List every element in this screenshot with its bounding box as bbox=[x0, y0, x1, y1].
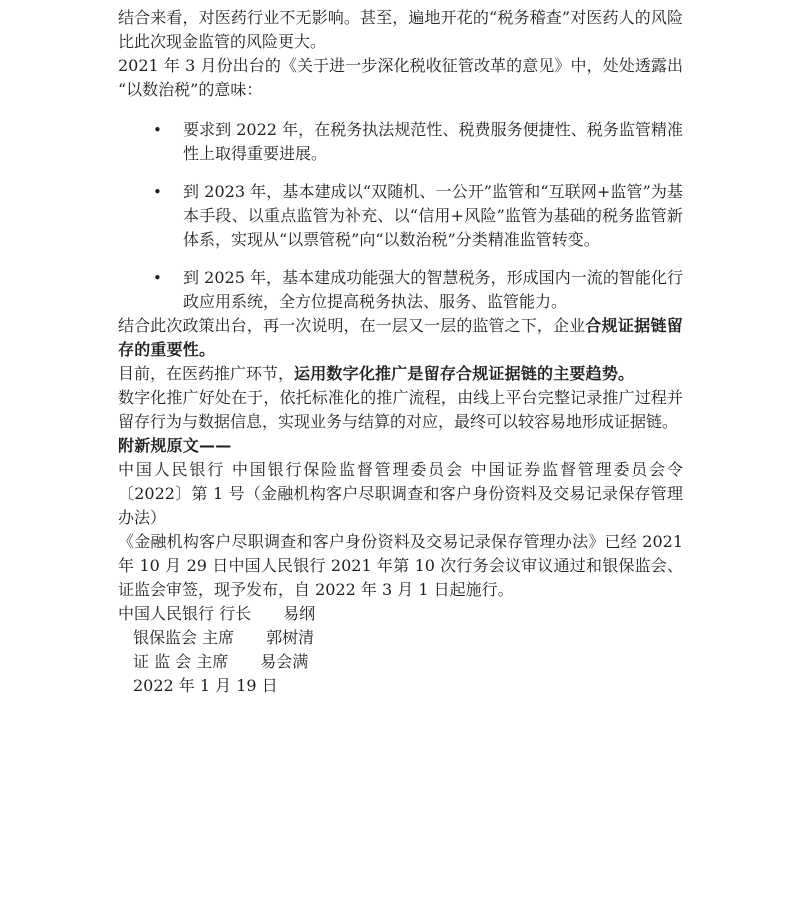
trend-bold-text: 运用数字化推广是留存合规证据链的主要趋势。 bbox=[294, 364, 634, 383]
bullet-icon: • bbox=[153, 266, 183, 290]
trend-normal-text: 目前，在医药推广环节， bbox=[118, 364, 294, 383]
bullet-item: • 到 2023 年，基本建成以“双随机、一公开”监管和“互联网+监管”为基本手… bbox=[118, 180, 683, 252]
bullet-list: • 要求到 2022 年，在税务执法规范性、税费服务便捷性、税务监管精准性上取得… bbox=[118, 118, 683, 314]
paragraph-policy: 2021 年 3 月份出台的《关于进一步深化税收征管改革的意见》中，处处透露出“… bbox=[118, 54, 683, 102]
bullet-text: 到 2023 年，基本建成以“双随机、一公开”监管和“互联网+监管”为基本手段、… bbox=[183, 180, 683, 252]
bullet-text: 到 2025 年，基本建成功能强大的智慧税务，形成国内一流的智能化行政应用系统，… bbox=[183, 266, 683, 314]
signature-cbirc: 银保监会 主席 郭树清 bbox=[118, 626, 683, 650]
attachment-heading: 附新规原文—— bbox=[118, 434, 683, 458]
bullet-icon: • bbox=[153, 180, 183, 204]
paragraph-decree: 中国人民银行 中国银行保险监督管理委员会 中国证券监督管理委员会令〔2022〕第… bbox=[118, 458, 683, 530]
conclusion-normal-text: 结合此次政策出台，再一次说明，在一层又一层的监管之下，企业 bbox=[118, 316, 585, 335]
date-line: 2022 年 1 月 19 日 bbox=[118, 674, 683, 698]
document-page: 结合来看，对医药行业不无影响。甚至，遍地开花的“税务稽查”对医药人的风险比此次现… bbox=[0, 0, 800, 900]
bullet-item: • 要求到 2022 年，在税务执法规范性、税费服务便捷性、税务监管精准性上取得… bbox=[118, 118, 683, 166]
bullet-icon: • bbox=[153, 118, 183, 142]
paragraph-trend: 目前，在医药推广环节，运用数字化推广是留存合规证据链的主要趋势。 bbox=[118, 362, 683, 386]
paragraph-announcement: 《金融机构客户尽职调查和客户身份资料及交易记录保存管理办法》已经 2021 年 … bbox=[118, 530, 683, 602]
paragraph-risk: 结合来看，对医药行业不无影响。甚至，遍地开花的“税务稽查”对医药人的风险比此次现… bbox=[118, 6, 683, 54]
signature-pboc: 中国人民银行 行长 易纲 bbox=[118, 602, 683, 626]
paragraph-conclusion: 结合此次政策出台，再一次说明，在一层又一层的监管之下，企业合规证据链留存的重要性… bbox=[118, 314, 683, 362]
signature-csrc: 证 监 会 主席 易会满 bbox=[118, 650, 683, 674]
paragraph-benefit: 数字化推广好处在于，依托标准化的推广流程，由线上平台完整记录推广过程并留存行为与… bbox=[118, 386, 683, 434]
bullet-item: • 到 2025 年，基本建成功能强大的智慧税务，形成国内一流的智能化行政应用系… bbox=[118, 266, 683, 314]
bullet-text: 要求到 2022 年，在税务执法规范性、税费服务便捷性、税务监管精准性上取得重要… bbox=[183, 118, 683, 166]
